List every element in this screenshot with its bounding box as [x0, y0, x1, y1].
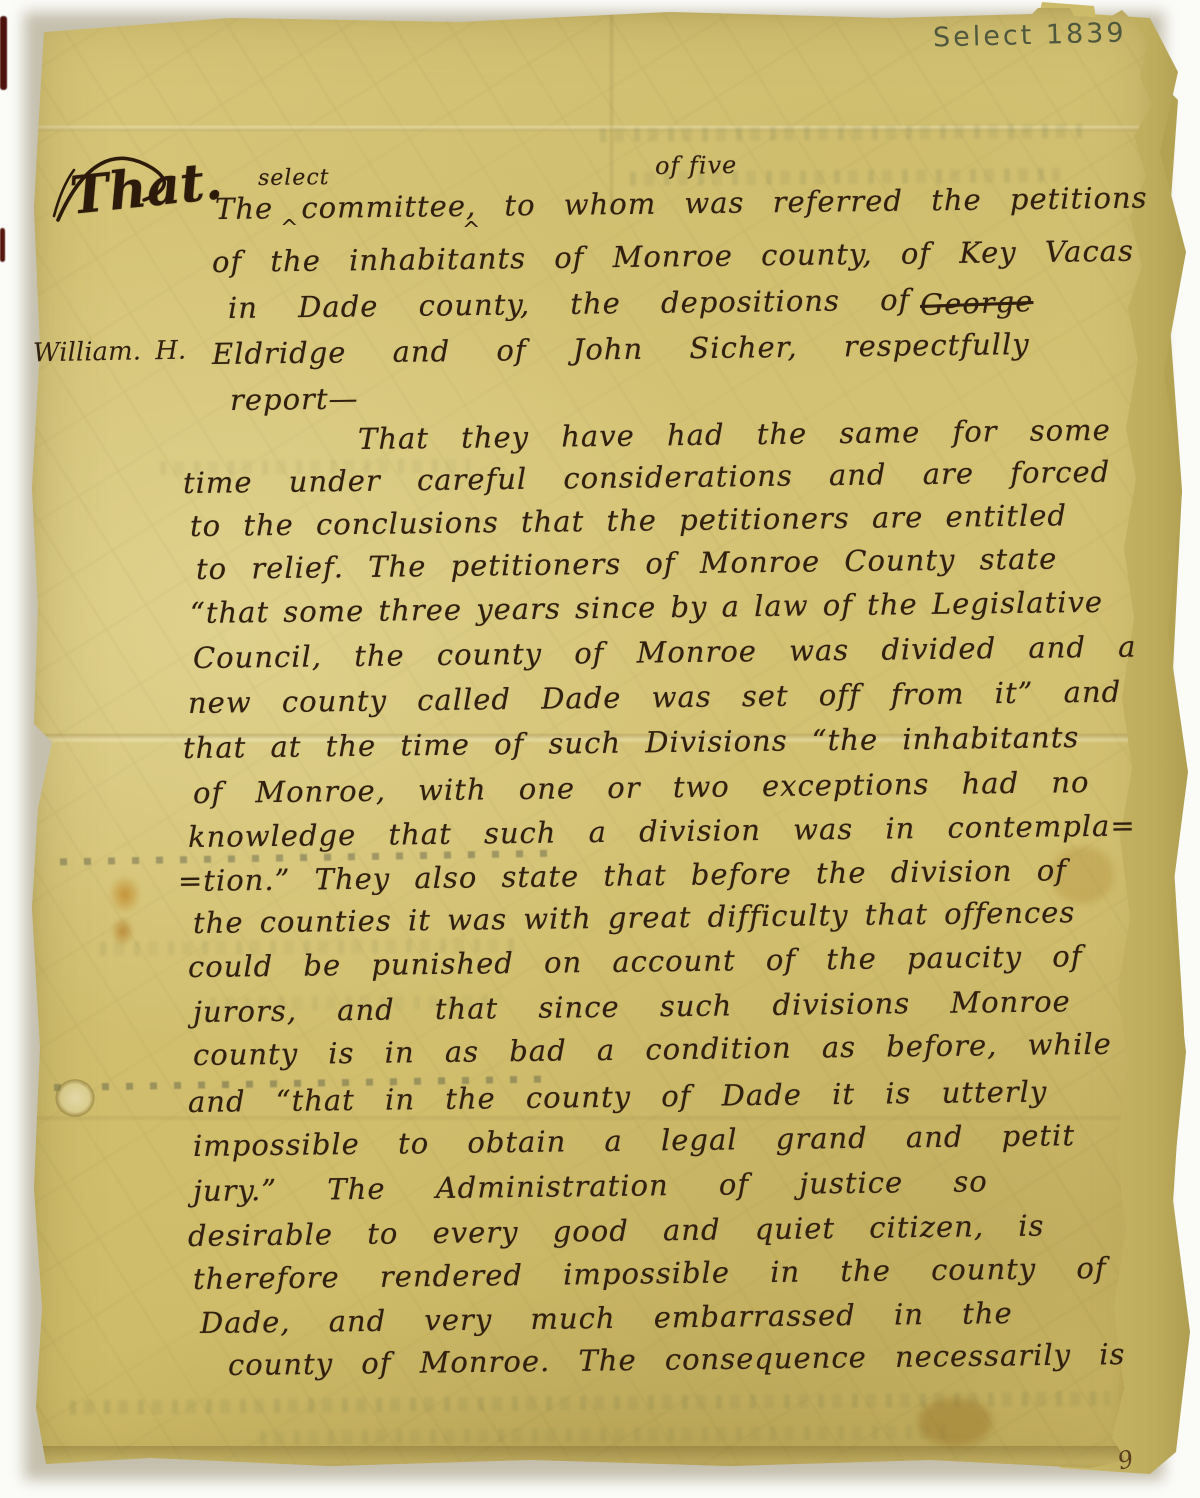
manuscript-line: and “that in the county of Dade it is ut… [188, 1075, 1048, 1119]
manuscript-line: to the conclusions that the petitioners … [190, 498, 1067, 543]
margin-note-william-h: William. H. [33, 336, 187, 369]
page-mark: 9 [1115, 1445, 1137, 1476]
manuscript-line: impossible to obtain a legal grand and p… [193, 1118, 1075, 1163]
struck-word: George [919, 284, 1034, 322]
manuscript-line: Council, the county of Monroe was divide… [193, 629, 1137, 675]
manuscript-line: That they have had the same for some [358, 413, 1111, 456]
archival-annotation: Select 1839 [933, 17, 1127, 53]
manuscript-line: knowledge that such a division was in co… [188, 808, 1136, 854]
inserted-word-of-five: of five [655, 151, 738, 180]
manuscript-line: the counties it was with great difficult… [193, 895, 1076, 940]
manuscript-line: of the inhabitants of Monroe county, of … [212, 234, 1134, 279]
manuscript-line: jurors, and that since such divisions Mo… [193, 984, 1071, 1029]
manuscript-line: of Monroe, with one or two exceptions ha… [193, 765, 1090, 810]
manuscript-line: time under careful considerations and ar… [183, 455, 1111, 500]
manuscript-line: jury.” The Administration of justice so [193, 1164, 988, 1208]
manuscript-line: therefore rendered impossible in the cou… [193, 1251, 1107, 1296]
manuscript-line: The committee, to whom was referred the … [215, 181, 1148, 226]
manuscript-line: “that some three years since by a law of… [190, 585, 1103, 630]
manuscript-line: report— [230, 381, 359, 417]
manuscript-line: new county called Dade was set off from … [188, 675, 1122, 720]
manuscript-line: could be punished on account of the pauc… [188, 939, 1083, 984]
manuscript-line: county is in as bad a condition as befor… [193, 1027, 1112, 1072]
manuscript-line: county of Monroe. The consequence necess… [228, 1337, 1126, 1382]
manuscript-line: to relief. The petitioners of Monroe Cou… [196, 541, 1058, 586]
inserted-word-select: select [258, 165, 330, 191]
manuscript-line: in Dade county, the depositions of [228, 283, 911, 325]
document-scan: Select 1839 That. William. H. select of … [0, 0, 1200, 1498]
handwriting-layer: Select 1839 That. William. H. select of … [0, 0, 1200, 1498]
manuscript-line: Eldridge and of John Sicher, respectfull… [212, 327, 1030, 371]
manuscript-line: that at the time of such Divisions “the … [183, 720, 1080, 765]
manuscript-line: Dade, and very much embarrassed in the [200, 1296, 1013, 1340]
manuscript-line: =tion.” They also state that before the … [178, 853, 1067, 898]
manuscript-line: desirable to every good and quiet citize… [188, 1209, 1045, 1253]
